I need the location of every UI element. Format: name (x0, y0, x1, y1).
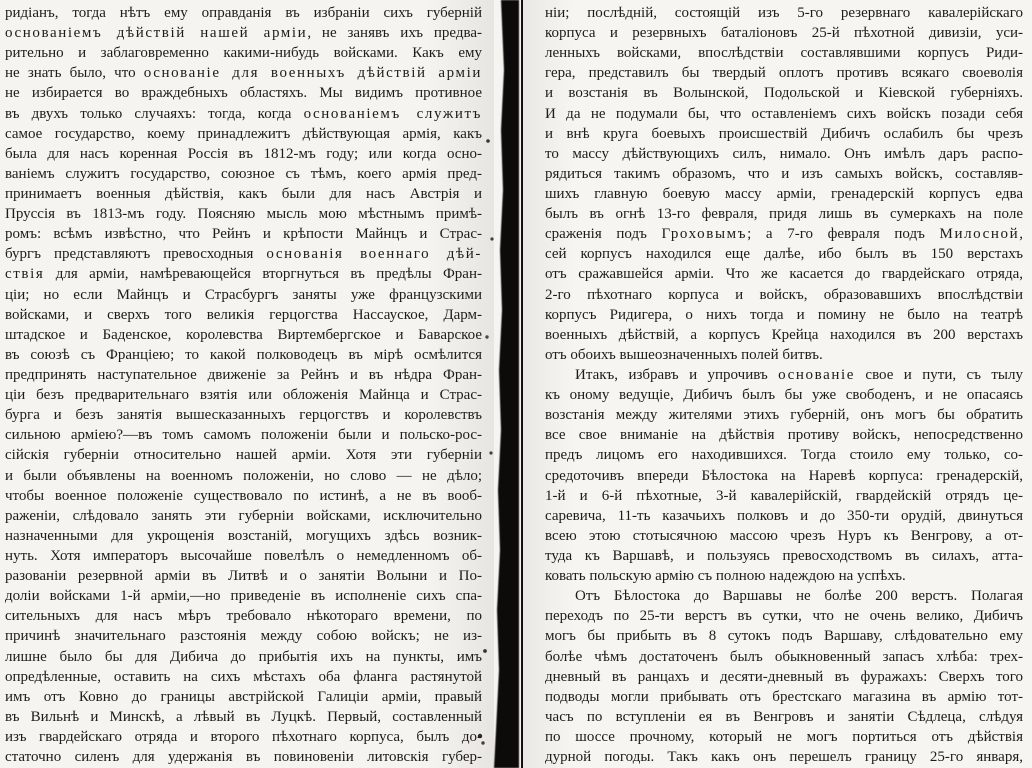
text-line: сійскія губерніи относительно нашей армі… (5, 445, 482, 465)
text-line: дневный въ ранцахъ и десяти-дневный въ ф… (545, 667, 1023, 687)
text-line: лишне было бы для Дибича до прибытія ихъ… (5, 647, 482, 667)
text-run: переходъ по 25-ти верстъ въ сутки, что н… (545, 608, 1023, 624)
text-run: , (1019, 226, 1023, 242)
text-run: предъ лицомъ его находившихся. Тогда сто… (545, 447, 1023, 463)
text-line: опредѣленные, оставить на сихъ мѣстахъ о… (5, 667, 482, 687)
text-run: 1-й и 6-й пѣхотные, 3-й кавалерійскій, г… (545, 488, 1023, 504)
text-line: бургъ представляютъ превосходныя основан… (5, 244, 482, 264)
text-line: дурной погоды. Такъ какъ онъ перешелъ гр… (545, 747, 1023, 767)
text-run: все свое вниманіе на дѣйствія противу во… (545, 427, 1023, 443)
emphasis-letterspaced-text: ствія (5, 266, 44, 282)
text-run: войсками, и сверхъ того великія герцогст… (5, 307, 482, 323)
text-run: корпуса и резервныхъ баталіоновъ 25-й пѣ… (545, 25, 1023, 41)
text-run: бурга и безъ занятія вышесказанныхъ герц… (5, 407, 482, 423)
text-line: раженіи, слѣдовало занять эти губерніи в… (5, 506, 482, 526)
text-run: ленныхъ войсками, впослѣдствіи составляв… (545, 45, 1023, 61)
text-line: имъ отъ Ковно до границы австрійской Гал… (5, 687, 482, 707)
text-run: гера, представилъ бы твердый оплотъ прот… (545, 65, 1023, 81)
emphasis-letterspaced-text: Гроховымъ (662, 226, 748, 242)
text-line: могъ бы прибыть въ 8 сутокъ подъ Варшаву… (545, 626, 1023, 646)
text-run: военныхъ дѣйствій, а корпусъ Крейца нахо… (545, 327, 1023, 343)
text-line: изъ гвардейскаго отряда и второго пѣхотн… (5, 727, 482, 747)
text-line: предъ лицомъ его находившихся. Тогда сто… (545, 445, 1023, 465)
text-run: Отъ Бѣлостока до Варшавы не болѣе 200 ве… (575, 588, 1023, 604)
text-run: средоточивъ впереди Бѣлостока на Наревѣ … (545, 468, 1023, 484)
text-run: къ оному ведущіе, Дибичъ былъ бы уже сво… (545, 387, 1023, 403)
emphasis-letterspaced-text: основаніемъ дѣйствій нашей арміи (5, 25, 307, 41)
text-line: туда къ Варшавѣ, и пользуясь превосходст… (545, 546, 1023, 566)
text-run: ковать польскую армію съ полною надеждою… (545, 568, 906, 584)
text-run: въ союзѣ съ Франціею; то какой полководе… (5, 347, 482, 363)
text-run: , не занявъ ихъ предва- (307, 25, 482, 41)
text-line: гера, представилъ бы твердый оплотъ прот… (545, 63, 1023, 83)
text-line: по шоссе прочному, который не могъ порти… (545, 727, 1023, 747)
text-line: сраженія подъ Гроховымъ; а 7-го февраля … (545, 224, 1023, 244)
text-line: ковать польскую армію съ полною надеждою… (545, 566, 1023, 586)
text-run: доліи войсками 1-й арміи,—но приведеніе … (5, 588, 482, 604)
left-page: ридіанъ, тогда нѣтъ ему оправданія въ из… (0, 0, 494, 768)
text-run: туда къ Варшавѣ, и пользуясь превосходст… (545, 548, 1023, 564)
text-line: сей корпусъ находился еще далѣе, ибо был… (545, 244, 1023, 264)
text-line: не знать было, что основаніе для военных… (5, 63, 482, 83)
text-line: сительныхъ для насъ мѣръ требовало нѣкот… (5, 606, 482, 626)
text-line: была для насъ коренная Россія въ 1812-мъ… (5, 144, 482, 164)
text-run: подводы могли прибывать отъ брестскаго м… (545, 689, 1023, 705)
text-run: ромъ: всѣмъ извѣстно, что Рейнъ и крѣпос… (5, 226, 482, 242)
text-run: и возстанія въ Волынской, Подольской и К… (545, 85, 1023, 101)
text-run: 2-го пѣхотнаго корпуса и войскъ, образов… (545, 287, 1023, 303)
text-run: штадское и Баденское, королевства Виртем… (5, 327, 482, 343)
text-line: возстанія между жителями этихъ губерній,… (545, 405, 1023, 425)
text-line: ціи; но если Майнцъ и Страсбургъ заняты … (5, 285, 482, 305)
text-run: раженіи, слѣдовало занять эти губерніи в… (5, 508, 482, 524)
text-line: къ оному ведущіе, Дибичъ былъ бы уже сво… (545, 385, 1023, 405)
text-run: бургъ представляютъ превосходныя (5, 246, 266, 262)
text-run: опредѣленные, оставить на сихъ мѣстахъ о… (5, 669, 482, 685)
text-run: не знать было, что (5, 65, 144, 81)
text-line: шихъ главную боевую массу арміи, гренаде… (545, 184, 1023, 204)
text-line: ствія для арміи, намѣревающейся вторгнут… (5, 264, 482, 284)
text-line: чтобы военное положеніе существовало по … (5, 486, 482, 506)
text-run: сраженія подъ (545, 226, 662, 242)
text-run: сійскія губерніи относительно нашей армі… (5, 447, 482, 463)
text-line: и внѣ круга боевыхъ происшествій Дибичъ … (545, 124, 1023, 144)
text-run: ваніемъ служитъ государство, союзное съ … (5, 166, 482, 182)
text-run: причинѣ значительнаго разстоянія между с… (5, 628, 482, 644)
text-run: и внѣ круга боевыхъ происшествій Дибичъ … (545, 126, 1023, 142)
text-line: штадское и Баденское, королевства Виртем… (5, 325, 482, 345)
text-line: Итакъ, избравъ и упрочивъ основаніе свое… (545, 365, 1023, 385)
binding-gutter-shadow (494, 0, 520, 768)
text-line: рительно и заблаговременно какими-нибудь… (5, 43, 482, 63)
text-run: то массу дѣйствующихъ силъ, нимало. Онъ … (545, 146, 1023, 162)
emphasis-letterspaced-text: основаніе для военныхъ дѣйствій арміи (144, 65, 482, 81)
right-page-text-column: ніи; послѣдній, состоящій изъ 5-го резер… (545, 3, 1023, 767)
text-line: ваніемъ служитъ государство, союзное съ … (5, 164, 482, 184)
text-run: всею этою стотысячною массою чрезъ Нуръ … (545, 528, 1023, 544)
emphasis-letterspaced-text: Милосной (940, 226, 1020, 242)
text-run: могъ бы прибыть въ 8 сутокъ подъ Варшаву… (545, 628, 1023, 644)
text-run: въ двухъ только случаяхъ: тогда, когда (5, 106, 304, 122)
text-run: изъ гвардейскаго отряда и второго пѣхотн… (5, 729, 482, 745)
text-line: доліи войсками 1-й арміи,—но приведеніе … (5, 586, 482, 606)
text-line: ридіанъ, тогда нѣтъ ему оправданія въ из… (5, 3, 482, 23)
text-run: сей корпусъ находился еще далѣе, ибо был… (545, 246, 1023, 262)
text-run: принимаетъ военныя дѣйствія, какъ были д… (5, 186, 482, 202)
text-line: саревича, 11-ть казачьихъ полковъ и до 3… (545, 506, 1023, 526)
text-run: сильною арміею?—въ томъ самомъ положеніи… (5, 427, 482, 443)
text-line: и были объявлены на военномъ положеніи, … (5, 466, 482, 486)
text-run: самое государство, коему принадлежитъ дѣ… (5, 126, 482, 142)
text-run: рядиться такимъ образомъ, что и изъ самы… (545, 166, 1023, 182)
text-run: Итакъ, избравъ и упрочивъ (575, 367, 778, 383)
text-line: основаніемъ дѣйствій нашей арміи, не зан… (5, 23, 482, 43)
text-run: шихъ главную боевую массу арміи, гренаде… (545, 186, 1023, 202)
text-run: для арміи, намѣревающейся вторгнуться въ… (44, 266, 482, 282)
text-line: ленныхъ войсками, впослѣдствіи составляв… (545, 43, 1023, 63)
emphasis-letterspaced-text: основанія военнаго дѣй- (266, 246, 482, 262)
text-line: ромъ: всѣмъ извѣстно, что Рейнъ и крѣпос… (5, 224, 482, 244)
gutter-shadow-shape (494, 0, 520, 768)
text-line: ніи; послѣдній, состоящій изъ 5-го резер… (545, 3, 1023, 23)
text-run: свое и пути, съ тылу (855, 367, 1023, 383)
text-line: военныхъ дѣйствій, а корпусъ Крейца нахо… (545, 325, 1023, 345)
text-run: дурной погоды. Такъ какъ онъ перешелъ гр… (545, 749, 1023, 765)
emphasis-letterspaced-text: основаніе (778, 367, 855, 383)
text-line: предпринять наступательное движеніе за Р… (5, 365, 482, 385)
text-line: статочно силенъ для удержанія въ повинов… (5, 747, 482, 767)
text-run: возстанія между жителями этихъ губерній,… (545, 407, 1023, 423)
text-run: былъ въ огнѣ 13-го февраля, придя лишь в… (545, 206, 1023, 222)
text-run: ціи безъ предварительнаго взятія или обл… (5, 387, 482, 403)
text-line: подводы могли прибывать отъ брестскаго м… (545, 687, 1023, 707)
text-line: болѣе чѣмъ достаточенъ былъ обыкновенный… (545, 647, 1023, 667)
text-line: 2-го пѣхотнаго корпуса и войскъ, образов… (545, 285, 1023, 305)
text-line: сильною арміею?—въ томъ самомъ положеніи… (5, 425, 482, 445)
text-run: болѣе чѣмъ достаточенъ былъ обыкновенный… (545, 649, 1023, 665)
text-run: въ Вильнѣ и Минскѣ, а лѣвый въ Луцкѣ. Пе… (5, 709, 482, 725)
text-run: дневный въ ранцахъ и десяти-дневный въ ф… (545, 669, 1023, 685)
text-run: разованіи резервной арміи въ Литвѣ и о з… (5, 568, 482, 584)
text-line: Отъ Бѣлостока до Варшавы не болѣе 200 ве… (545, 586, 1023, 606)
text-line: 1-й и 6-й пѣхотные, 3-й кавалерійскій, г… (545, 486, 1023, 506)
text-run: ніи; послѣдній, состоящій изъ 5-го резер… (545, 5, 1023, 21)
text-run: и были объявлены на военномъ положеніи, … (5, 468, 482, 484)
text-line: рядиться такимъ образомъ, что и изъ самы… (545, 164, 1023, 184)
text-run: не избирается во враждебныхъ областяхъ. … (5, 85, 482, 101)
text-line: переходъ по 25-ти верстъ въ сутки, что н… (545, 606, 1023, 626)
text-run: И да не подумали бы, что оставленіемъ си… (545, 106, 1023, 122)
text-line: въ Вильнѣ и Минскѣ, а лѣвый въ Луцкѣ. Пе… (5, 707, 482, 727)
text-run: назначенными для укрощенія возстаній, мо… (5, 528, 482, 544)
text-line: разованіи резервной арміи въ Литвѣ и о з… (5, 566, 482, 586)
text-line: Пруссія въ 1813-мъ году. Поясняю мысль м… (5, 204, 482, 224)
text-run: по шоссе прочному, который не могъ порти… (545, 729, 1023, 745)
text-run: Пруссія въ 1813-мъ году. Поясняю мысль м… (5, 206, 482, 222)
text-run: часъ по вступленіи ея въ Венгровъ и заня… (545, 709, 1023, 725)
text-line: средоточивъ впереди Бѣлостока на Наревѣ … (545, 466, 1023, 486)
text-line: и возстанія въ Волынской, Подольской и К… (545, 83, 1023, 103)
text-run: рительно и заблаговременно какими-нибудь… (5, 45, 482, 61)
book-scan: ридіанъ, тогда нѣтъ ему оправданія въ из… (0, 0, 1032, 768)
text-line: назначенными для укрощенія возстаній, мо… (5, 526, 482, 546)
page-edge-line (521, 0, 523, 768)
text-run: нуть. Хотя императоръ высочайше повелѣлъ… (5, 548, 482, 564)
text-line: корпуса и резервныхъ баталіоновъ 25-й пѣ… (545, 23, 1023, 43)
text-run: ціи; но если Майнцъ и Страсбургъ заняты … (5, 287, 482, 303)
text-run: сительныхъ для насъ мѣръ требовало нѣкот… (5, 608, 482, 624)
text-line: корпусъ Ридигера, о нихъ тогда и помину … (545, 305, 1023, 325)
text-line: въ союзѣ съ Франціею; то какой полководе… (5, 345, 482, 365)
text-run: была для насъ коренная Россія въ 1812-мъ… (5, 146, 482, 162)
text-line: самое государство, коему принадлежитъ дѣ… (5, 124, 482, 144)
text-run: имъ отъ Ковно до границы австрійской Гал… (5, 689, 482, 705)
text-line: принимаетъ военныя дѣйствія, какъ были д… (5, 184, 482, 204)
text-run: предпринять наступательное движеніе за Р… (5, 367, 482, 383)
text-line: бурга и безъ занятія вышесказанныхъ герц… (5, 405, 482, 425)
text-line: всею этою стотысячною массою чрезъ Нуръ … (545, 526, 1023, 546)
text-line: причинѣ значительнаго разстоянія между с… (5, 626, 482, 646)
text-line: нуть. Хотя императоръ высочайше повелѣлъ… (5, 546, 482, 566)
left-page-text-column: ридіанъ, тогда нѣтъ ему оправданія въ из… (5, 3, 482, 767)
text-run: саревича, 11-ть казачьихъ полковъ и до 3… (545, 508, 1023, 524)
text-line: И да не подумали бы, что оставленіемъ си… (545, 104, 1023, 124)
text-line: все свое вниманіе на дѣйствія противу во… (545, 425, 1023, 445)
text-run: корпусъ Ридигера, о нихъ тогда и помину … (545, 307, 1023, 323)
scan-dust-speckles (0, 0, 2, 2)
text-run: ридіанъ, тогда нѣтъ ему оправданія въ из… (5, 5, 482, 21)
text-run: ; а 7-го февраля подъ (747, 226, 939, 242)
emphasis-letterspaced-text: основаніемъ служитъ (304, 106, 482, 122)
text-run: отъ обоихъ вышеозначенныхъ полей битвъ. (545, 347, 823, 363)
text-line: часъ по вступленіи ея въ Венгровъ и заня… (545, 707, 1023, 727)
text-run: чтобы военное положеніе существовало по … (5, 488, 482, 504)
text-run: статочно силенъ для удержанія въ повинов… (5, 749, 482, 765)
text-line: войсками, и сверхъ того великія герцогст… (5, 305, 482, 325)
text-run: лишне было бы для Дибича до прибытія ихъ… (5, 649, 482, 665)
text-line: ціи безъ предварительнаго взятія или обл… (5, 385, 482, 405)
text-line: въ двухъ только случаяхъ: тогда, когда о… (5, 104, 482, 124)
text-line: былъ въ огнѣ 13-го февраля, придя лишь в… (545, 204, 1023, 224)
text-line: то массу дѣйствующихъ силъ, нимало. Онъ … (545, 144, 1023, 164)
right-page: ніи; послѣдній, состоящій изъ 5-го резер… (523, 0, 1032, 768)
text-run: отъ сражавшейся арміи. Что же касается д… (545, 266, 1023, 282)
text-line: не избирается во враждебныхъ областяхъ. … (5, 83, 482, 103)
text-line: отъ обоихъ вышеозначенныхъ полей битвъ. (545, 345, 1023, 365)
text-line: отъ сражавшейся арміи. Что же касается д… (545, 264, 1023, 284)
